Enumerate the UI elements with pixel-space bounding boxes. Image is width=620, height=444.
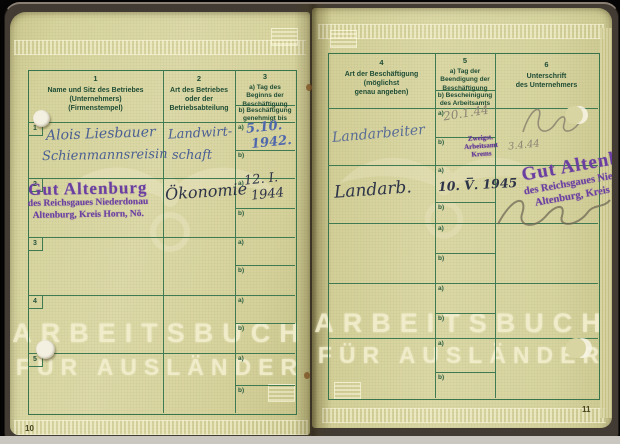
cell-a-label: a) bbox=[238, 297, 244, 304]
hole-punch-shadow bbox=[572, 338, 592, 358]
column-number: 4 bbox=[330, 58, 433, 68]
header-line: Name und Sitz des Betriebes bbox=[47, 87, 143, 94]
ornament-band-bottom bbox=[322, 408, 606, 423]
column-header-5a: 5 a) Tag der Beendigung der Beschäftigun… bbox=[436, 56, 494, 93]
ornament-band-top bbox=[14, 40, 306, 55]
grid-line bbox=[235, 265, 295, 266]
rust-spot bbox=[306, 84, 312, 91]
header-line: Beschäftigung bbox=[442, 85, 487, 92]
grid-line bbox=[435, 313, 495, 314]
gut-altenburg-stamp: Gut Altenburg des Reichsgaues Niederdona… bbox=[10, 178, 196, 223]
cell-b-label: b) bbox=[238, 387, 244, 394]
header-line: a) Tag der bbox=[450, 68, 481, 75]
header-line: des Unternehmers bbox=[516, 82, 577, 89]
header-line: Unterschrift bbox=[527, 73, 567, 80]
cell-b-label: b) bbox=[438, 139, 444, 146]
header-line: b) Beschäftigung bbox=[238, 107, 291, 114]
hole-punch-shadow bbox=[570, 106, 588, 124]
cell-b-label: b) bbox=[238, 267, 244, 274]
hole-punch bbox=[36, 340, 55, 359]
scanned-workbook-spread: ARBEITSBUCH FÜR AUSLÄNDER 1 Name und Sit… bbox=[0, 0, 620, 444]
cell-a-label: a) bbox=[238, 355, 244, 362]
row-number: 3 bbox=[28, 237, 43, 251]
cell-a-label: a) bbox=[438, 285, 444, 292]
grid-line bbox=[328, 338, 598, 339]
arbeitsamt-krems-stamp: Zweigst. Arbeitsamt Krems bbox=[449, 132, 513, 160]
header-line: Art der Beschäftigung bbox=[345, 71, 419, 78]
column-number: 2 bbox=[164, 74, 234, 84]
handwriting-employer-name-line2: Schienmannsreisin bbox=[42, 147, 168, 164]
page-right: ARBEITSBUCH FÜR AUSLÄNDER 4 Art der Besc… bbox=[312, 8, 612, 428]
header-line: b) Bescheinigung bbox=[438, 92, 493, 99]
column-number: 3 bbox=[236, 72, 294, 82]
grid-line bbox=[28, 295, 295, 296]
grid-line bbox=[28, 353, 295, 354]
header-line: Beginns der bbox=[246, 92, 284, 99]
employer-signature-entry2 bbox=[494, 186, 612, 236]
cell-b-label: b) bbox=[438, 315, 444, 322]
handwriting-business-type-line2: schaft bbox=[172, 148, 212, 163]
column-number: 5 bbox=[436, 56, 494, 66]
column-header-3a: 3 a) Tag des Beginns der Beschäftigung bbox=[236, 72, 294, 109]
header-line: (Unternehmers) bbox=[69, 96, 121, 103]
cell-a-label: a) bbox=[438, 167, 444, 174]
ornament-band-top bbox=[318, 24, 604, 39]
cell-a-label: a) bbox=[238, 239, 244, 246]
column-header-2: 2 Art des Betriebes oder der Betriebsabt… bbox=[164, 74, 234, 113]
cell-b-label: b) bbox=[438, 374, 444, 381]
header-line: a) Tag des bbox=[249, 84, 281, 91]
page-number: 10 bbox=[25, 424, 34, 433]
column-header-6: 6 Unterschrift des Unternehmers bbox=[496, 60, 597, 90]
grid-line bbox=[235, 323, 295, 324]
hole-punch bbox=[33, 110, 50, 127]
row-number: 4 bbox=[28, 295, 43, 309]
grid-line bbox=[28, 237, 295, 238]
header-line: (Firmenstempel) bbox=[68, 105, 122, 112]
cell-b-label: b) bbox=[238, 325, 244, 332]
header-line: (möglichst bbox=[364, 80, 399, 87]
header-line: genau angeben) bbox=[355, 89, 409, 96]
grid-line bbox=[435, 253, 495, 254]
grid-line bbox=[235, 208, 295, 209]
page-left: ARBEITSBUCH FÜR AUSLÄNDER 1 Name und Sit… bbox=[10, 12, 310, 435]
grid-line bbox=[235, 385, 295, 386]
column-header-1: 1 Name und Sitz des Betriebes (Unternehm… bbox=[30, 74, 161, 113]
ornament-corner bbox=[271, 28, 298, 46]
cell-b-label: b) bbox=[438, 255, 444, 262]
cell-b-label: b) bbox=[238, 152, 244, 159]
column-number: 6 bbox=[496, 60, 597, 70]
cell-a-label: a) bbox=[438, 340, 444, 347]
cell-b-label: b) bbox=[238, 210, 244, 217]
cell-a-label: a) bbox=[438, 225, 444, 232]
ornament-corner bbox=[330, 30, 357, 48]
grid-line bbox=[435, 372, 495, 373]
ornament-band-bottom bbox=[14, 420, 308, 435]
header-line: Art des Betriebes bbox=[170, 87, 228, 94]
cell-b-label: b) bbox=[438, 204, 444, 211]
stamp-line: Krems bbox=[471, 149, 492, 158]
column-number: 1 bbox=[30, 74, 161, 84]
header-line: oder der bbox=[185, 96, 213, 103]
page-number: 11 bbox=[582, 405, 590, 414]
grid-line bbox=[328, 283, 598, 284]
header-line: Betriebsabteilung bbox=[169, 105, 228, 112]
cell-a-label: a) bbox=[238, 124, 244, 131]
column-header-4: 4 Art der Beschäftigung (möglichst genau… bbox=[330, 58, 433, 97]
scanner-edge bbox=[0, 436, 620, 444]
header-line: Beendigung der bbox=[440, 76, 489, 83]
